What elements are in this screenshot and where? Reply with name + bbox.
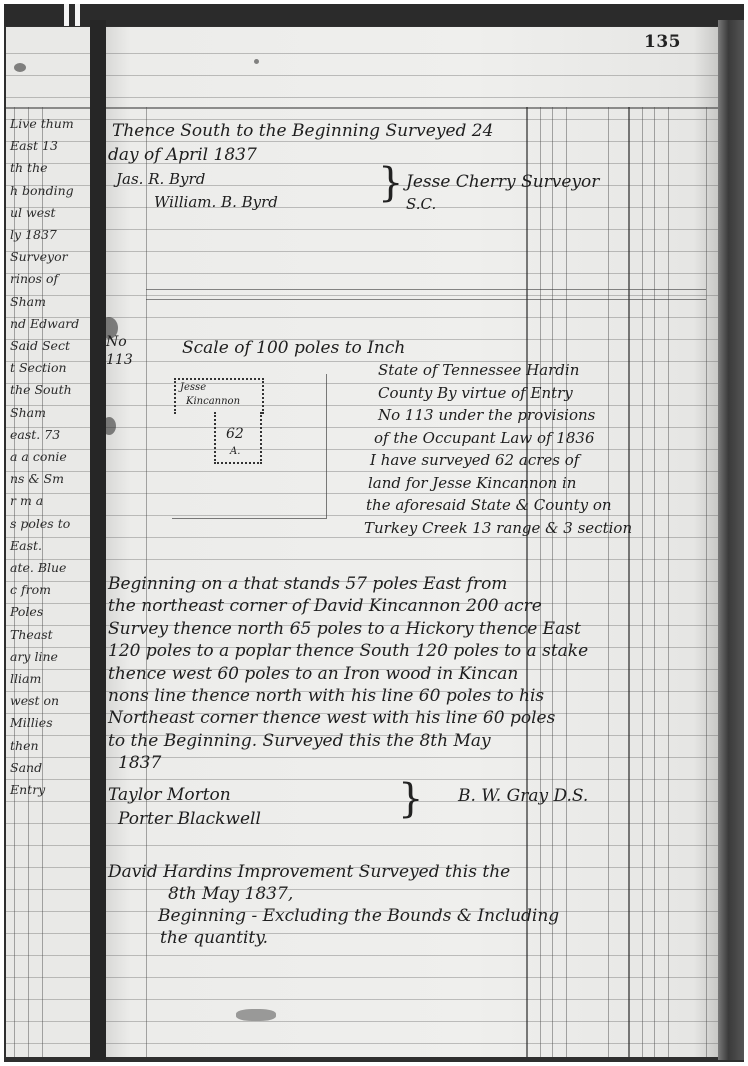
brace-symbol: } [378,163,403,203]
handwritten-line: the quantity. [160,927,268,949]
entry2-chain-carrier-1: Taylor Morton [108,784,231,806]
handwritten-line: lliam [10,668,41,690]
handwritten-line: then [10,735,39,757]
handwritten-line: Sham [10,291,46,313]
handwritten-line: Entry [10,779,45,801]
handwritten-line: Said Sect [10,335,70,357]
handwritten-line: Sand [10,757,42,779]
tab-marker [64,4,69,26]
ink-stain [14,63,26,72]
entry1-surveyor-signature: Jesse Cherry Surveyor [406,171,599,193]
entry2-chain-carrier-2: Porter Blackwell [118,808,261,830]
handwritten-line: th the [10,157,48,179]
handwritten-line: thence west 60 poles to an Iron wood in … [108,663,518,685]
entry2-scale-note: Scale of 100 poles to Inch [182,337,405,359]
handwritten-line: County By virtue of Entry [378,382,573,404]
entry1-surveyor-suffix: S.C. [406,193,436,215]
handwritten-line: rinos of [10,268,58,290]
handwritten-line: Beginning - Excluding the Bounds & Inclu… [158,905,559,927]
handwritten-line: Surveyor [10,246,68,268]
handwritten-line: land for Jesse Kincannon in [368,472,576,494]
handwritten-line: the northeast corner of David Kincannon … [108,595,542,617]
handwritten-line: ate. Blue [10,557,66,579]
book-gutter [90,20,106,1060]
handwritten-line: East. [10,535,42,557]
header-rule [6,107,90,109]
column-rule [608,107,609,1057]
handwritten-line: 8th May 1837, [168,883,293,905]
ink-spot [254,59,259,64]
handwritten-line: Poles [10,601,43,623]
column-rule [668,107,669,1057]
left-page-fragment: Live thumEast 13th theh bondingul westly… [6,27,90,1057]
handwritten-line: ns & Sm [10,468,64,490]
handwritten-line: the South [10,379,72,401]
section-divider [146,289,706,290]
handwritten-line: east. 73 [10,424,60,446]
plat-owner-label: Kincannon [186,396,240,407]
survey-plat: Jesse Kincannon 62 A. [172,374,327,519]
handwritten-line: r m a [10,490,43,512]
handwritten-line: No 113 under the provisions [378,404,595,426]
page-edge [718,20,744,1060]
entry1-line-2: day of April 1837 [108,144,257,166]
handwritten-line: Millies [10,712,53,734]
column-rule [642,107,643,1057]
handwritten-line: 1837 [118,752,161,774]
column-rule [706,107,707,1057]
handwritten-line: State of Tennessee Hardin [378,359,579,381]
column-rule [654,107,655,1057]
section-divider [146,299,706,300]
handwritten-line: west on [10,690,59,712]
handwritten-line: Northeast corner thence west with his li… [108,707,555,729]
handwritten-line: ly 1837 [10,224,57,246]
handwritten-line: h bonding [10,180,74,202]
brace-symbol: } [398,779,423,819]
entry2-surveyor-signature: B. W. Gray D.S. [458,785,588,807]
column-rule [566,107,567,1057]
tab-marker [75,4,80,26]
handwritten-line: to the Beginning. Surveyed this the 8th … [108,730,491,752]
entry1-line-1: Thence South to the Beginning Surveyed 2… [112,120,493,142]
header-rule [106,107,718,109]
top-binding [4,4,744,26]
ledger-page: 135 Thence South to the Beginning Survey… [106,27,718,1057]
plat-acres-unit: A. [230,446,240,457]
handwritten-line: ary line [10,646,58,668]
handwritten-line: Turkey Creek 13 range & 3 section [364,517,632,539]
handwritten-line: nd Edward [10,313,79,335]
page-number: 135 [644,32,681,52]
entry2-margin-number: No 113 [106,333,136,369]
column-rule [628,107,630,1057]
handwritten-line: Survey thence north 65 poles to a Hickor… [108,618,581,640]
handwritten-line: s poles to [10,513,70,535]
handwritten-line: Theast [10,624,53,646]
handwritten-line: East 13 [10,135,58,157]
handwritten-line: David Hardins Improvement Surveyed this … [108,861,510,883]
handwritten-line: Sham [10,402,46,424]
plat-owner-label: Jesse [180,382,206,393]
handwritten-line: ul west [10,202,56,224]
handwritten-line: Live thum [10,113,74,135]
handwritten-line: c from [10,579,51,601]
handwritten-line: Beginning on a that stands 57 poles East… [108,573,507,595]
handwritten-line: of the Occupant Law of 1836 [374,427,594,449]
handwritten-line: a a conie [10,446,67,468]
handwritten-line: I have surveyed 62 acres of [370,449,579,471]
plat-acres-value: 62 [226,426,244,442]
ink-stain [236,1009,276,1021]
handwritten-line: 120 poles to a poplar thence South 120 p… [108,640,588,662]
entry1-chain-carrier-2: William. B. Byrd [154,191,278,213]
entry1-chain-carrier-1: Jas. R. Byrd [116,168,205,190]
handwritten-line: t Section [10,357,67,379]
handwritten-line: the aforesaid State & County on [366,494,612,516]
handwritten-line: nons line thence north with his line 60 … [108,685,544,707]
